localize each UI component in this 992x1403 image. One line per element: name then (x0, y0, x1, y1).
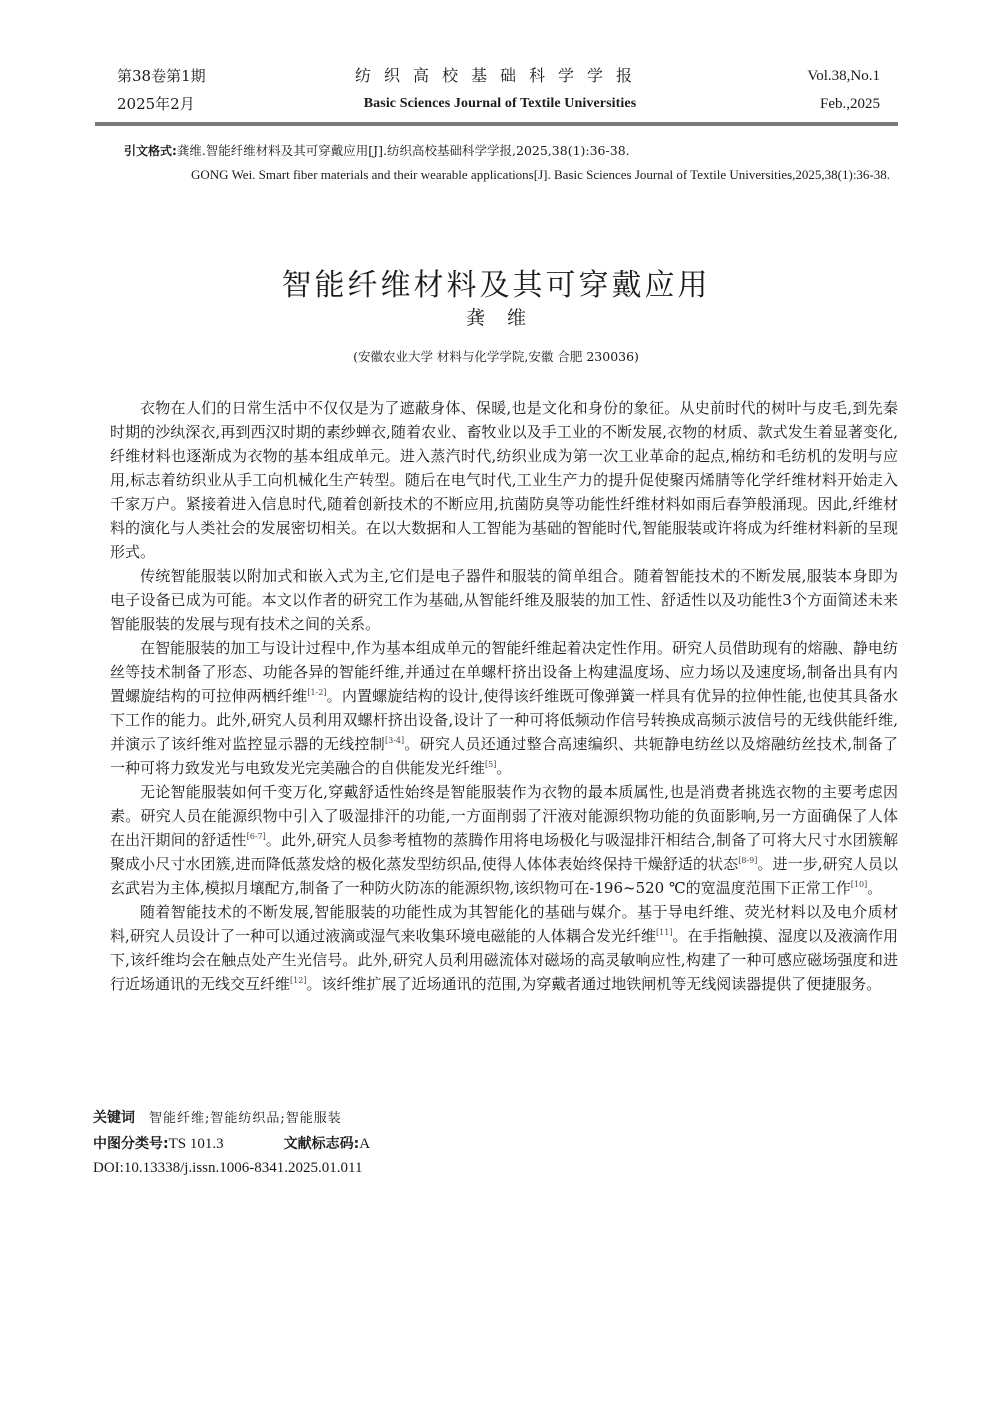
citation-cn-line: 引文格式:龚维.智能纤维材料及其可穿戴应用[J].纺织高校基础科学学报,2025… (124, 139, 904, 163)
citation-cn: 龚维.智能纤维材料及其可穿戴应用[J].纺织高校基础科学学报,2025,38(1… (177, 143, 630, 158)
article-meta: 关键词智能纤维;智能纺织品;智能服装 中图分类号:TS 101.3文献标志码:A… (93, 1105, 370, 1180)
classification-line: 中图分类号:TS 101.3文献标志码:A (93, 1131, 370, 1156)
affiliation: (安徽农业大学 材料与化学学院,安徽 合肥 230036) (0, 347, 992, 365)
body-paragraph: 传统智能服装以附加式和嵌入式为主,它们是电子器件和服装的简单组合。随着智能技术的… (110, 564, 898, 636)
reference-citation[interactable]: [1-2] (307, 688, 326, 697)
date-cn: 2025年2月 (117, 90, 206, 118)
keywords-line: 关键词智能纤维;智能纺织品;智能服装 (93, 1105, 370, 1131)
author-name: 龚维 (0, 303, 992, 330)
clc-value: TS 101.3 (169, 1136, 224, 1152)
reference-citation[interactable]: [10] (851, 880, 867, 889)
doi[interactable]: DOI:10.13338/j.issn.1006-8341.2025.01.01… (93, 1156, 370, 1180)
header-right: Vol.38,No.1 Feb.,2025 (807, 62, 880, 118)
doc-code-label: 文献标志码: (284, 1136, 360, 1152)
reference-citation[interactable]: [6-7] (247, 832, 266, 841)
keywords: 智能纤维;智能纺织品;智能服装 (149, 1111, 342, 1126)
keywords-label: 关键词 (93, 1110, 135, 1126)
article-body: 衣物在人们的日常生活中不仅仅是为了遮蔽身体、保暖,也是文化和身份的象征。从史前时… (110, 396, 898, 996)
journal-name-en: Basic Sciences Journal of Textile Univer… (300, 90, 700, 118)
reference-citation[interactable]: [5] (485, 760, 496, 769)
article-title: 智能纤维材料及其可穿戴应用 (0, 260, 992, 304)
volume-issue-en: Vol.38,No.1 (807, 62, 880, 90)
body-paragraph: 在智能服装的加工与设计过程中,作为基本组成单元的智能纤维起着决定性作用。研究人员… (110, 636, 898, 780)
doc-code-value: A (359, 1136, 370, 1152)
body-paragraph: 无论智能服装如何千变万化,穿戴舒适性始终是智能服装作为衣物的最本质属性,也是消费… (110, 780, 898, 900)
reference-citation[interactable]: [8-9] (738, 856, 757, 865)
body-paragraph: 衣物在人们的日常生活中不仅仅是为了遮蔽身体、保暖,也是文化和身份的象征。从史前时… (110, 396, 898, 564)
date-en: Feb.,2025 (807, 90, 880, 118)
citation-label: 引文格式: (124, 144, 177, 158)
journal-name-cn: 纺织高校基础科学学报 (300, 62, 700, 90)
citation-block: 引文格式:龚维.智能纤维材料及其可穿戴应用[J].纺织高校基础科学学报,2025… (124, 139, 904, 187)
reference-citation[interactable]: [11] (656, 928, 672, 937)
citation-en: GONG Wei. Smart fiber materials and thei… (124, 163, 904, 187)
reference-citation[interactable]: [3-4] (385, 736, 404, 745)
volume-issue-cn: 第38卷第1期 (117, 62, 206, 90)
header-divider (95, 122, 898, 126)
clc-label: 中图分类号: (93, 1136, 169, 1152)
header-center: 纺织高校基础科学学报 Basic Sciences Journal of Tex… (300, 62, 700, 118)
reference-citation[interactable]: [12] (290, 976, 306, 985)
body-paragraph: 随着智能技术的不断发展,智能服装的功能性成为其智能化的基础与媒介。基于导电纤维、… (110, 900, 898, 996)
header-left: 第38卷第1期 2025年2月 (117, 62, 206, 118)
